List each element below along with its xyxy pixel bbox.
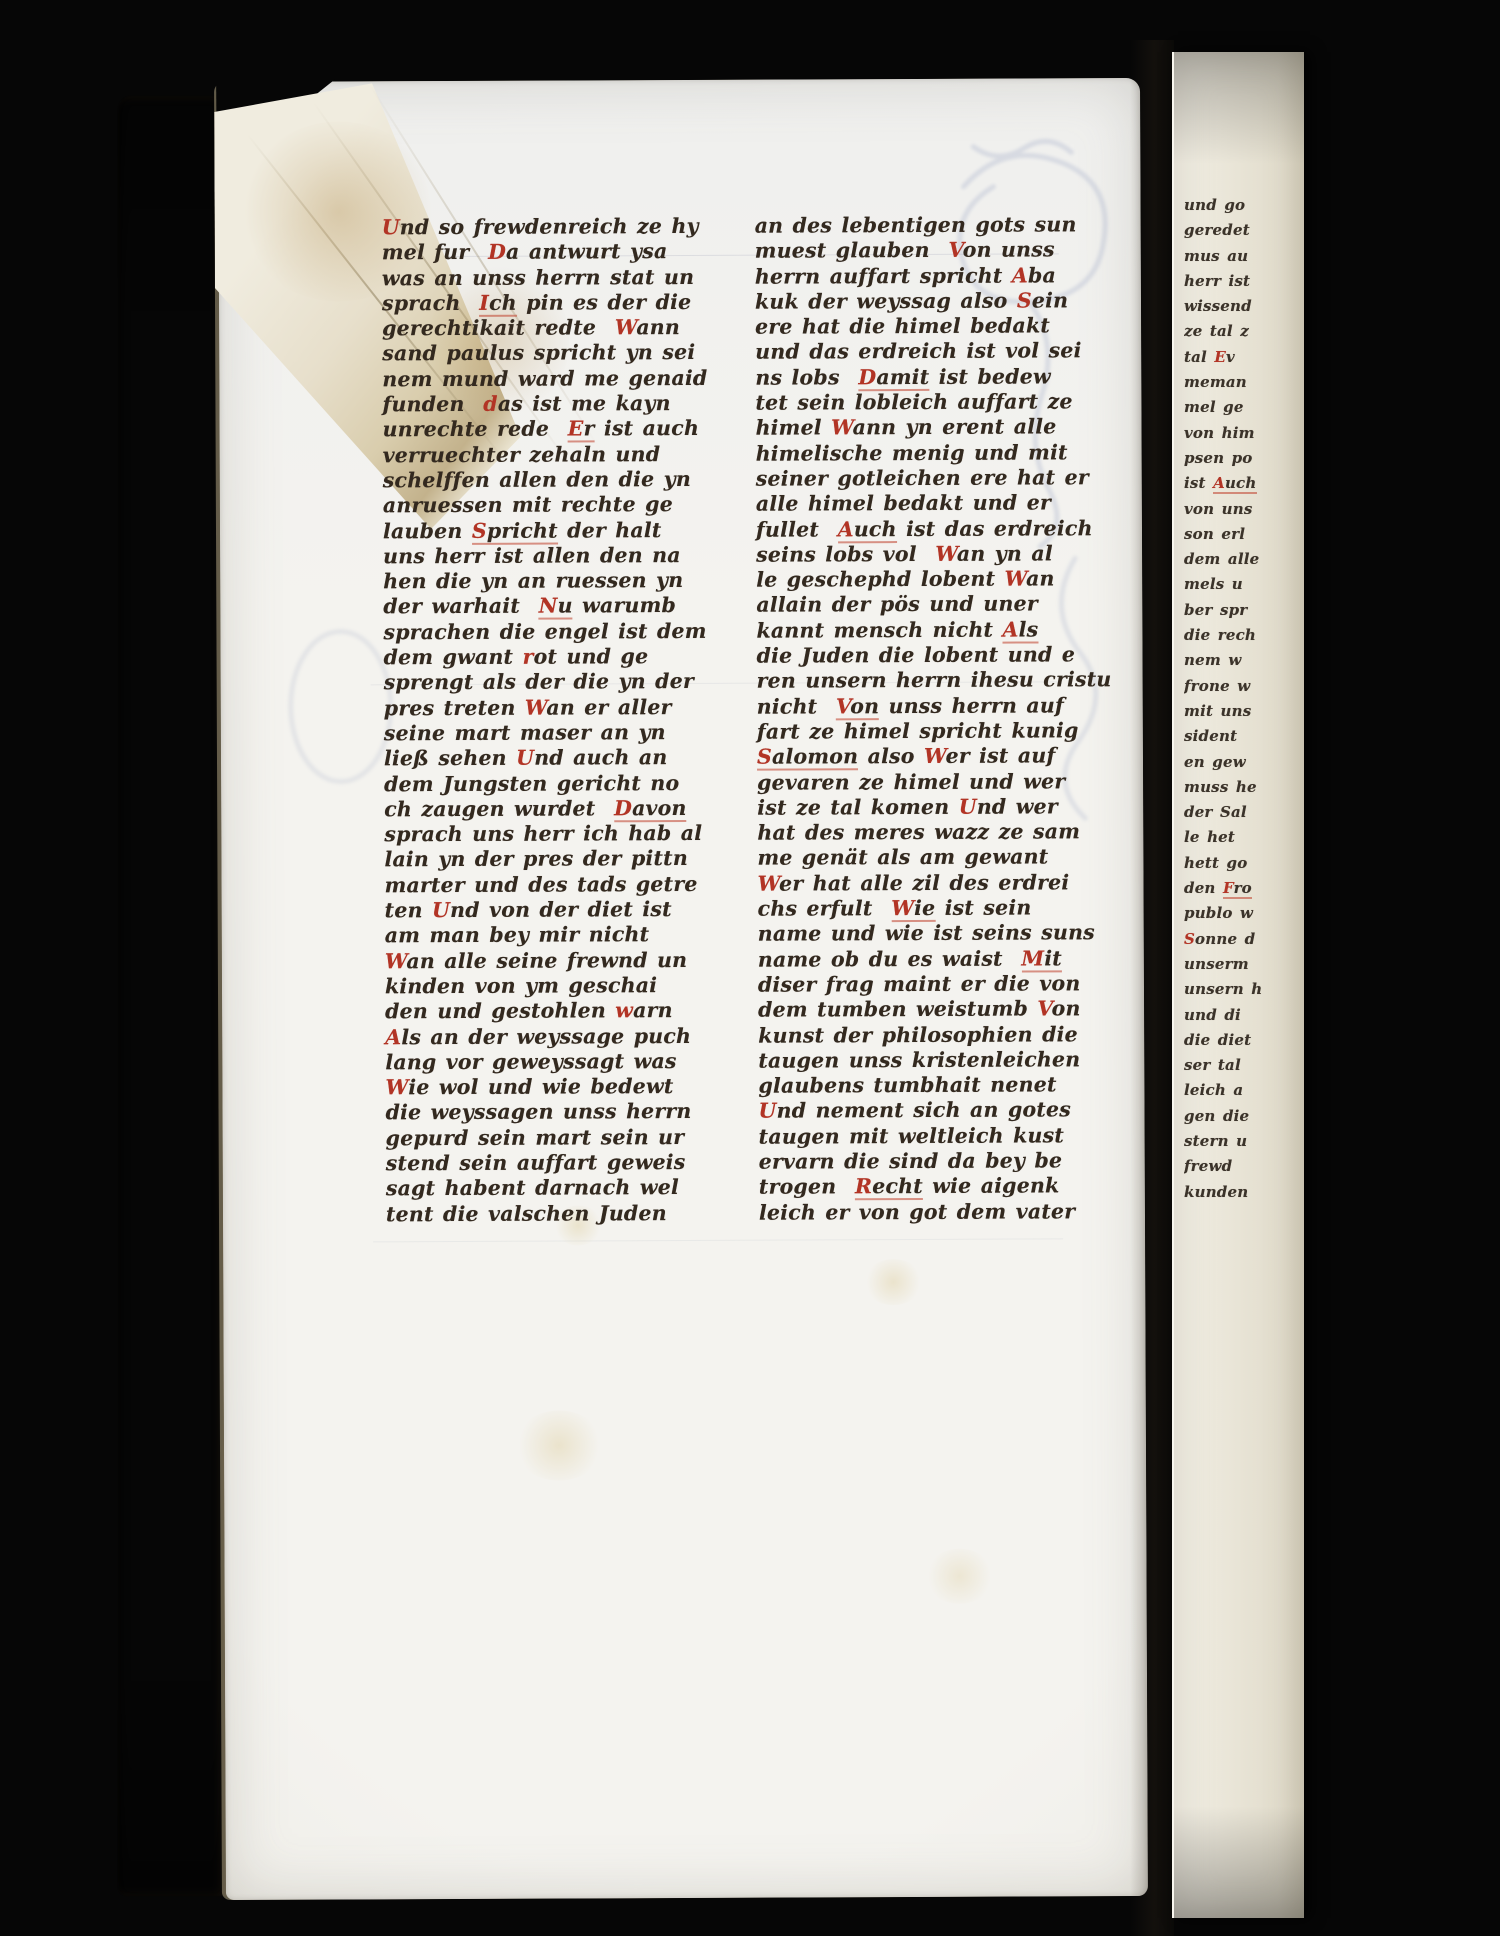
rubricated-word: Und <box>959 794 1007 818</box>
rubricated-word: Fro <box>1223 879 1252 899</box>
text-line: frone w <box>1184 673 1302 698</box>
text-line: ist Auch <box>1184 470 1302 495</box>
text-line: marter und des tads getre <box>384 872 676 899</box>
text-line: uns herr ist allen den na <box>383 543 675 570</box>
text-line: unrechte rede Er ist auch <box>383 416 675 443</box>
text-line: ren unsern herrn ihesu cristu <box>757 668 1053 695</box>
rubric-initial: D <box>858 365 876 389</box>
text-line: an des lebentigen gots sun <box>755 212 1051 239</box>
stain <box>863 1259 923 1305</box>
text-line: tent die valschen Juden <box>386 1201 678 1228</box>
text-line: kinden von ym geschai <box>385 973 677 1000</box>
rubric-initial: A <box>385 1025 401 1049</box>
text-line: dem alle <box>1184 546 1302 571</box>
text-line: die weyssagen unss herrn <box>385 1099 677 1126</box>
manuscript-photo: Und so frewdenreich ze hymel fur Da antw… <box>0 0 1500 1936</box>
text-line: Und so frewdenreich ze hy <box>382 214 674 241</box>
text-line: wissend <box>1184 293 1302 318</box>
text-line: der Sal <box>1184 799 1302 824</box>
text-line: ber spr <box>1184 597 1302 622</box>
rubric-initial: W <box>385 949 407 973</box>
rubric-initial: E <box>568 417 584 441</box>
rubricated-word: warn <box>615 998 673 1022</box>
text-line: leich a <box>1184 1077 1302 1102</box>
text-line: en gew <box>1184 749 1302 774</box>
rubricated-word: Spricht <box>472 518 558 544</box>
gutter-shadow <box>1130 40 1174 1936</box>
text-line: dem gwant rot und ge <box>383 644 675 671</box>
rubric-initial: w <box>615 998 633 1022</box>
text-line: unsern h <box>1184 976 1302 1001</box>
text-line: mel fur Da antwurt ysa <box>382 239 674 266</box>
rubricated-word: Wie <box>891 896 935 922</box>
text-line: gen die <box>1184 1103 1302 1128</box>
text-line: hat des meres wazz ze sam <box>757 820 1053 847</box>
text-line: Wie wol und wie bedewt <box>385 1074 677 1101</box>
text-line: lain yn der pres der pittn <box>384 846 676 873</box>
text-line: Als an der weyssage puch <box>385 1024 677 1051</box>
rubricated-word: Da <box>488 240 520 264</box>
text-line: anruessen mit rechte ge <box>383 492 675 519</box>
text-line: sand paulus spricht yn sei <box>382 341 674 368</box>
text-line: name und wie ist seins suns <box>758 921 1054 948</box>
text-line: ch zaugen wurdet Davon <box>384 796 676 823</box>
text-line: verruechter zehaln und <box>383 442 675 469</box>
rubric-initial: W <box>757 871 779 895</box>
rubricated-word: Von <box>948 238 991 262</box>
text-line: stend sein auffart geweis <box>386 1150 678 1177</box>
stain <box>514 1410 604 1480</box>
rubricated-word: Und <box>382 215 430 239</box>
rubric-initial: A <box>1002 617 1018 641</box>
rubric-initial: W <box>935 542 957 566</box>
rubricated-word: Und <box>516 746 564 770</box>
rubric-initial: S <box>1017 288 1032 312</box>
text-line: geredet <box>1184 217 1302 242</box>
text-line: mus au <box>1184 243 1302 268</box>
text-line: gevaren ze himel und wer <box>757 769 1053 796</box>
rubric-initial: V <box>1037 997 1051 1021</box>
rubric-initial: r <box>522 645 533 669</box>
text-line: fullet Auch ist das erdreich <box>756 516 1052 543</box>
rubric-initial: W <box>525 695 547 719</box>
text-line: ser tal <box>1184 1052 1302 1077</box>
rubric-initial: N <box>539 594 558 618</box>
text-line: sprengt als der die yn der <box>384 669 676 696</box>
rubric-initial: W <box>615 315 637 339</box>
rubricated-word: Ev <box>1214 348 1235 366</box>
text-line: dem tumben weistumb Von <box>758 997 1054 1024</box>
manuscript-page: Und so frewdenreich ze hymel fur Da antw… <box>218 78 1148 1900</box>
rubric-initial: S <box>1184 930 1195 948</box>
text-line: ns lobs Damit ist bedew <box>755 364 1051 391</box>
stain <box>924 1549 994 1604</box>
text-line: funden das ist me kayn <box>382 391 674 418</box>
rubric-initial: A <box>838 517 854 541</box>
text-line: seiner gotleichen ere hat er <box>756 465 1052 492</box>
text-line: nem mund ward me genaid <box>382 366 674 393</box>
text-line: nicht Von unss herrn auf <box>757 693 1053 720</box>
rubricated-word: Salomon <box>757 744 858 770</box>
text-line: glaubens tumbhait nenet <box>758 1072 1054 1099</box>
rubricated-word: Und <box>758 1099 806 1123</box>
rubric-initial: W <box>831 416 853 440</box>
text-line: seins lobs vol Wan yn al <box>756 541 1052 568</box>
text-line: sident <box>1184 723 1302 748</box>
text-line: ere hat die himel bedakt <box>755 314 1051 341</box>
text-line: kunst der philosophien die <box>758 1022 1054 1049</box>
text-line: lauben Spricht der halt <box>383 518 675 545</box>
text-line: Sonne d <box>1184 926 1302 951</box>
text-line: kuk der weyssag also Sein <box>755 288 1051 315</box>
rubric-initial: S <box>757 745 772 769</box>
rubric-initial: D <box>488 240 506 264</box>
rubricated-word: Ich <box>479 291 517 317</box>
text-line: alle himel bedakt und er <box>756 491 1052 518</box>
text-line: und di <box>1184 1002 1302 1027</box>
rubric-initial: U <box>382 215 400 239</box>
rubric-initial: M <box>1021 946 1044 970</box>
text-line: lang vor geweyssagt was <box>385 1049 677 1076</box>
text-line: pres treten Wan er aller <box>384 695 676 722</box>
rubricated-word: Und <box>432 898 480 922</box>
text-line: hen die yn an ruessen yn <box>383 568 675 595</box>
text-line: am man bey mir nicht <box>385 922 677 949</box>
rubric-initial: d <box>483 392 498 416</box>
text-line: den und gestohlen warn <box>385 998 677 1025</box>
rubricated-word: Damit <box>858 365 929 391</box>
rubric-initial: W <box>1005 567 1027 591</box>
text-line: tal Ev <box>1184 344 1302 369</box>
text-line: gerechtikait redte Wann <box>382 315 674 342</box>
rubric-initial: R <box>855 1174 872 1198</box>
text-line: herr ist <box>1184 268 1302 293</box>
text-line: sprach uns herr ich hab al <box>384 821 676 848</box>
text-line: taugen unss kristenleichen <box>758 1047 1054 1074</box>
rubricated-word: Wer <box>757 871 803 895</box>
rubricated-word: Nu <box>539 594 573 620</box>
text-line: stern u <box>1184 1128 1302 1153</box>
rubric-initial: U <box>432 898 450 922</box>
rubricated-word: rot <box>522 645 557 669</box>
text-line: die diet <box>1184 1027 1302 1052</box>
rubricated-word: Wer <box>924 744 970 768</box>
rubricated-word: Wan <box>385 949 435 973</box>
text-line: taugen mit weltleich kust <box>759 1123 1055 1150</box>
text-line: ze tal z <box>1184 318 1302 343</box>
next-page-text-column: und gogeredetmus auherr istwissendze tal… <box>1184 192 1302 1204</box>
text-line: gepurd sein mart sein ur <box>386 1125 678 1152</box>
text-line: den Fro <box>1184 875 1302 900</box>
text-line: himel Wann yn erent alle <box>756 415 1052 442</box>
text-line: die rech <box>1184 622 1302 647</box>
text-line: psen po <box>1184 445 1302 470</box>
rubricated-word: Von <box>1037 996 1080 1020</box>
right-text-column: an des lebentigen gots sunmuest glauben … <box>755 212 1055 1225</box>
text-line: himelische menig und mit <box>756 440 1052 467</box>
text-line: der warhait Nu warumb <box>383 593 675 620</box>
rubricated-word: Auch <box>838 517 897 543</box>
text-line: kannt mensch nicht Als <box>756 617 1052 644</box>
rubricated-word: Wan <box>525 695 575 719</box>
text-line: hett go <box>1184 850 1302 875</box>
rubric-initial: U <box>758 1099 776 1123</box>
left-text-column: Und so frewdenreich ze hymel fur Da antw… <box>382 214 678 1227</box>
text-line: sagt habent darnach wel <box>386 1175 678 1202</box>
text-line: sprach Ich pin es der die <box>382 290 674 317</box>
rubricated-word: Wan <box>935 542 985 566</box>
text-line: muss he <box>1184 774 1302 799</box>
rubric-initial: S <box>472 518 487 542</box>
rubricated-word: Davon <box>614 796 687 822</box>
text-line: mels u <box>1184 571 1302 596</box>
text-line: leich er von got dem vater <box>759 1199 1055 1226</box>
rubricated-word: Als <box>1002 617 1038 643</box>
text-line: diser frag maint er die von <box>758 971 1054 998</box>
text-line: frewd <box>1184 1153 1302 1178</box>
leaf-stack-edge <box>118 96 228 1896</box>
text-line: kunden <box>1184 1179 1302 1204</box>
rubricated-word: Er <box>568 417 595 443</box>
rubric-initial: A <box>1012 263 1028 287</box>
rubricated-word: Sonne <box>1184 930 1237 948</box>
text-line: schelffen allen den die yn <box>383 467 675 494</box>
text-line: und go <box>1184 192 1302 217</box>
rubricated-word: Sein <box>1017 288 1068 312</box>
text-line: sprachen die engel ist dem <box>383 619 675 646</box>
rubricated-word: Von <box>836 694 879 720</box>
rubricated-word: Aba <box>1012 263 1056 287</box>
rubric-initial: V <box>836 694 850 718</box>
text-line: was an unss herrn stat un <box>382 265 674 292</box>
text-line: unserm <box>1184 951 1302 976</box>
rubricated-word: Recht <box>855 1174 923 1200</box>
text-line: meman <box>1184 369 1302 394</box>
rubric-initial: U <box>516 746 534 770</box>
text-line: ten Und von der diet ist <box>385 897 677 924</box>
text-line: me genät als am gewant <box>757 845 1053 872</box>
text-line: le het <box>1184 824 1302 849</box>
text-line: allain der pös und uner <box>756 592 1052 619</box>
text-line: ist ze tal komen Und wer <box>757 794 1053 821</box>
text-line: Wer hat alle zil des erdrei <box>757 870 1053 897</box>
text-line: ervarn die sind da bey be <box>759 1148 1055 1175</box>
text-line: von him <box>1184 420 1302 445</box>
rubricated-word: Auch <box>1213 474 1256 494</box>
rubricated-word: das <box>483 392 523 416</box>
text-line: name ob du es waist Mit <box>758 946 1054 973</box>
rubricated-word: Wan <box>1005 567 1055 591</box>
text-line: dem Jungsten gericht no <box>384 771 676 798</box>
text-line: ließ sehen Und auch an <box>384 745 676 772</box>
rubricated-word: Mit <box>1021 946 1062 972</box>
rubric-initial: W <box>924 744 946 768</box>
rubricated-word: Wann <box>615 315 680 339</box>
text-line: von uns <box>1184 496 1302 521</box>
rubric-initial: V <box>948 238 962 262</box>
text-line: seine mart maser an yn <box>384 720 676 747</box>
text-line: herrn auffart spricht Aba <box>755 263 1051 290</box>
text-line: publo w <box>1184 900 1302 925</box>
text-line: Salomon also Wer ist auf <box>757 744 1053 771</box>
text-line: tet sein lobleich auffart ze <box>755 389 1051 416</box>
rubric-initial: W <box>385 1075 408 1099</box>
next-page-edge: und gogeredetmus auherr istwissendze tal… <box>1172 52 1304 1918</box>
rubric-initial: W <box>891 896 914 920</box>
text-line: Und nement sich an gotes <box>758 1098 1054 1125</box>
text-line: die Juden die lobent und e <box>756 642 1052 669</box>
rubric-initial: U <box>959 795 977 819</box>
rubricated-word: Wann <box>831 415 896 439</box>
rubric-initial: I <box>479 291 489 315</box>
text-line: mit uns <box>1184 698 1302 723</box>
text-line: muest glauben Von unss <box>755 238 1051 265</box>
rubric-initial: D <box>614 796 632 820</box>
text-line: fart ze himel spricht kunig <box>757 718 1053 745</box>
text-line: nem w <box>1184 647 1302 672</box>
rubric-initial: A <box>1213 474 1225 492</box>
text-line: son erl <box>1184 521 1302 546</box>
text-line: trogen Recht wie aigenk <box>759 1174 1055 1201</box>
rubricated-word: Wie <box>385 1075 429 1099</box>
rubric-initial: F <box>1223 879 1234 897</box>
text-line: chs erfult Wie ist sein <box>758 895 1054 922</box>
text-line: Wan alle seine frewnd un <box>385 948 677 975</box>
text-line: le geschephd lobent Wan <box>756 567 1052 594</box>
text-line: mel ge <box>1184 394 1302 419</box>
rubricated-word: Als <box>385 1025 421 1049</box>
text-line: und das erdreich ist vol sei <box>755 339 1051 366</box>
rubric-initial: E <box>1214 348 1226 366</box>
